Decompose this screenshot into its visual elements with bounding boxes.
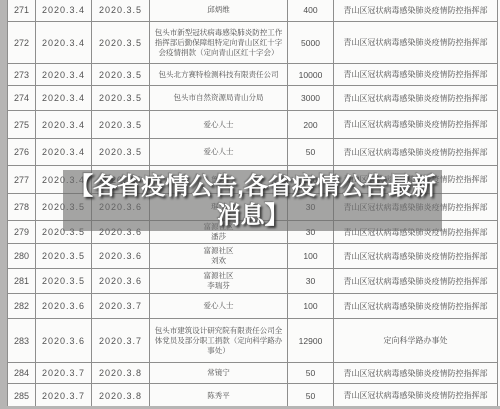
recipient-org-cell: 青山区冠状病毒感染肺炎疫情防控指挥部 [334, 194, 498, 221]
date-published-cell: 2020.3.7 [92, 294, 150, 319]
date-published-cell: 2020.3.6 [92, 244, 150, 269]
date-received-cell: 2020.3.5 [36, 194, 92, 221]
date-received-cell: 2020.3.4 [36, 0, 92, 22]
table-row: 2832020.3.62020.3.7包头市建筑设计研究院有限责任公司全体党员及… [8, 319, 498, 363]
date-published-cell: 2020.3.5 [92, 111, 150, 139]
date-published-cell: 2020.3.5 [92, 139, 150, 166]
row-number: 278 [8, 194, 36, 221]
date-published-cell: 2020.3.5 [92, 64, 150, 86]
date-published-cell: 2020.3.8 [92, 363, 150, 384]
date-received-cell: 2020.3.4 [36, 111, 92, 139]
donation-amount-cell: 30 [288, 269, 334, 294]
row-number: 284 [8, 363, 36, 384]
row-number: 285 [8, 384, 36, 408]
row-number: 277 [8, 166, 36, 194]
donation-amount-cell: 400 [288, 0, 334, 22]
row-number: 280 [8, 244, 36, 269]
date-received-cell: 2020.3.5 [36, 244, 92, 269]
date-published-cell: 2020.3.8 [92, 384, 150, 408]
donation-amount-cell: 50 [288, 384, 334, 408]
table-row: 2782020.3.52020.3.6琚玢30青山区冠状病毒感染肺炎疫情防控指挥… [8, 194, 498, 221]
donor-name-cell: 鲁达 [150, 166, 288, 194]
donor-name-cell: 富源社区 潘莎 [150, 221, 288, 244]
date-received-cell: 2020.3.4 [36, 22, 92, 64]
recipient-org-cell: 青山区冠状病毒感染肺炎疫情防控指挥部 [334, 111, 498, 139]
date-received-cell: 2020.3.5 [36, 221, 92, 244]
date-received-cell: 2020.3.7 [36, 363, 92, 384]
donor-name-cell: 爱心人士 [150, 139, 288, 166]
donation-amount-cell: 30 [288, 194, 334, 221]
recipient-org-cell: 青山区冠状病毒感染肺炎疫情防控指挥部 [334, 244, 498, 269]
row-number: 276 [8, 139, 36, 166]
row-number: 273 [8, 64, 36, 86]
donor-name-cell: 陈秀平 [150, 384, 288, 408]
donor-name-cell: 富源社区 刘欢 [150, 244, 288, 269]
date-received-cell: 2020.3.7 [36, 384, 92, 408]
recipient-org-cell: 青山区冠状病毒感染肺炎疫情防控指挥部 [334, 86, 498, 111]
date-published-cell: 2020.3.6 [92, 194, 150, 221]
row-number: 272 [8, 22, 36, 64]
donation-amount-cell: 10000 [288, 64, 334, 86]
donation-amount-cell: 12900 [288, 319, 334, 363]
row-number: 274 [8, 86, 36, 111]
donor-name-cell: 爱心人士 [150, 111, 288, 139]
donor-name-cell: 包头北方赛特检测科技有限责任公司 [150, 64, 288, 86]
table-row: 2842020.3.72020.3.8常镜宁50青山区冠状病毒感染肺炎疫情防控指… [8, 363, 498, 384]
donation-amount-cell: 50 [288, 363, 334, 384]
donation-amount-cell: 100 [288, 244, 334, 269]
table-row: 2822020.3.62020.3.7爱心人士100青山区冠状病毒感染肺炎疫情防… [8, 294, 498, 319]
date-received-cell: 2020.3.5 [36, 269, 92, 294]
donation-amount-cell: 5000 [288, 22, 334, 64]
table-row: 2792020.3.52020.3.6富源社区 潘莎30青山区冠状病毒感染肺炎疫… [8, 221, 498, 244]
row-number: 271 [8, 0, 36, 22]
table-row: 2802020.3.52020.3.6富源社区 刘欢100青山区冠状病毒感染肺炎… [8, 244, 498, 269]
donation-amount-cell: 200 [288, 111, 334, 139]
donation-amount-cell: 50 [288, 139, 334, 166]
row-number: 279 [8, 221, 36, 244]
recipient-org-cell: 青山区冠状病毒感染肺炎疫情防控指挥部 [334, 384, 498, 408]
recipient-org-cell: 青山区冠状病毒感染肺炎疫情防控指挥部 [334, 269, 498, 294]
table-row: 2812020.3.52020.3.6富源社区 李瑞芬30青山区冠状病毒感染肺炎… [8, 269, 498, 294]
table-row: 2772020.3.42020.3.5鲁达200青山区冠状病毒感染肺炎疫情防控指… [8, 166, 498, 194]
date-published-cell: 2020.3.5 [92, 86, 150, 111]
page-edge-left [0, 0, 7, 409]
table-row: 2712020.3.42020.3.5邱炳维400青山区冠状病毒感染肺炎疫情防控… [8, 0, 498, 22]
date-published-cell: 2020.3.7 [92, 319, 150, 363]
page: 2712020.3.42020.3.5邱炳维400青山区冠状病毒感染肺炎疫情防控… [0, 0, 500, 409]
row-number: 283 [8, 319, 36, 363]
date-published-cell: 2020.3.5 [92, 22, 150, 64]
date-published-cell: 2020.3.5 [92, 166, 150, 194]
donor-name-cell: 包头市建筑设计研究院有限责任公司全体党员及部分职工捐款（定向科学路办事处） [150, 319, 288, 363]
donation-table: 2712020.3.42020.3.5邱炳维400青山区冠状病毒感染肺炎疫情防控… [7, 0, 498, 408]
recipient-org-cell: 青山区冠状病毒感染肺炎疫情防控指挥部 [334, 221, 498, 244]
row-number: 281 [8, 269, 36, 294]
donation-amount-cell: 30 [288, 221, 334, 244]
donor-name-cell: 爱心人士 [150, 294, 288, 319]
row-number: 282 [8, 294, 36, 319]
date-published-cell: 2020.3.5 [92, 0, 150, 22]
table-row: 2732020.3.42020.3.5包头北方赛特检测科技有限责任公司10000… [8, 64, 498, 86]
recipient-org-cell: 青山区冠状病毒感染肺炎疫情防控指挥部 [334, 166, 498, 194]
date-received-cell: 2020.3.4 [36, 86, 92, 111]
date-received-cell: 2020.3.6 [36, 294, 92, 319]
date-received-cell: 2020.3.4 [36, 166, 92, 194]
table-row: 2752020.3.42020.3.5爱心人士200青山区冠状病毒感染肺炎疫情防… [8, 111, 498, 139]
donor-name-cell: 包头市新型冠状病毒感染肺炎防控工作指挥部后勤保障组特定向青山区红十字会疫情捐款（… [150, 22, 288, 64]
donor-name-cell: 琚玢 [150, 194, 288, 221]
donation-amount-cell: 100 [288, 294, 334, 319]
date-received-cell: 2020.3.6 [36, 319, 92, 363]
date-published-cell: 2020.3.6 [92, 269, 150, 294]
donor-name-cell: 常镜宁 [150, 363, 288, 384]
donation-amount-cell: 3000 [288, 86, 334, 111]
row-number: 275 [8, 111, 36, 139]
donation-table-body: 2712020.3.42020.3.5邱炳维400青山区冠状病毒感染肺炎疫情防控… [8, 0, 498, 408]
table-row: 2742020.3.42020.3.5包头市自然资源局青山分局3000青山区冠状… [8, 86, 498, 111]
recipient-org-cell: 青山区冠状病毒感染肺炎疫情防控指挥部 [334, 22, 498, 64]
recipient-org-cell: 青山区冠状病毒感染肺炎疫情防控指挥部 [334, 139, 498, 166]
date-published-cell: 2020.3.6 [92, 221, 150, 244]
table-row: 2722020.3.42020.3.5包头市新型冠状病毒感染肺炎防控工作指挥部后… [8, 22, 498, 64]
donation-amount-cell: 200 [288, 166, 334, 194]
recipient-org-cell: 青山区冠状病毒感染肺炎疫情防控指挥部 [334, 0, 498, 22]
table-row: 2852020.3.72020.3.8陈秀平50青山区冠状病毒感染肺炎疫情防控指… [8, 384, 498, 408]
table-row: 2762020.3.42020.3.5爱心人士50青山区冠状病毒感染肺炎疫情防控… [8, 139, 498, 166]
recipient-org-cell: 定向科学路办事处 [334, 319, 498, 363]
donor-name-cell: 富源社区 李瑞芬 [150, 269, 288, 294]
recipient-org-cell: 青山区冠状病毒感染肺炎疫情防控指挥部 [334, 363, 498, 384]
donor-name-cell: 邱炳维 [150, 0, 288, 22]
recipient-org-cell: 青山区冠状病毒感染肺炎疫情防控指挥部 [334, 294, 498, 319]
recipient-org-cell: 青山区冠状病毒感染肺炎疫情防控指挥部 [334, 64, 498, 86]
date-received-cell: 2020.3.4 [36, 139, 92, 166]
donor-name-cell: 包头市自然资源局青山分局 [150, 86, 288, 111]
date-received-cell: 2020.3.4 [36, 64, 92, 86]
